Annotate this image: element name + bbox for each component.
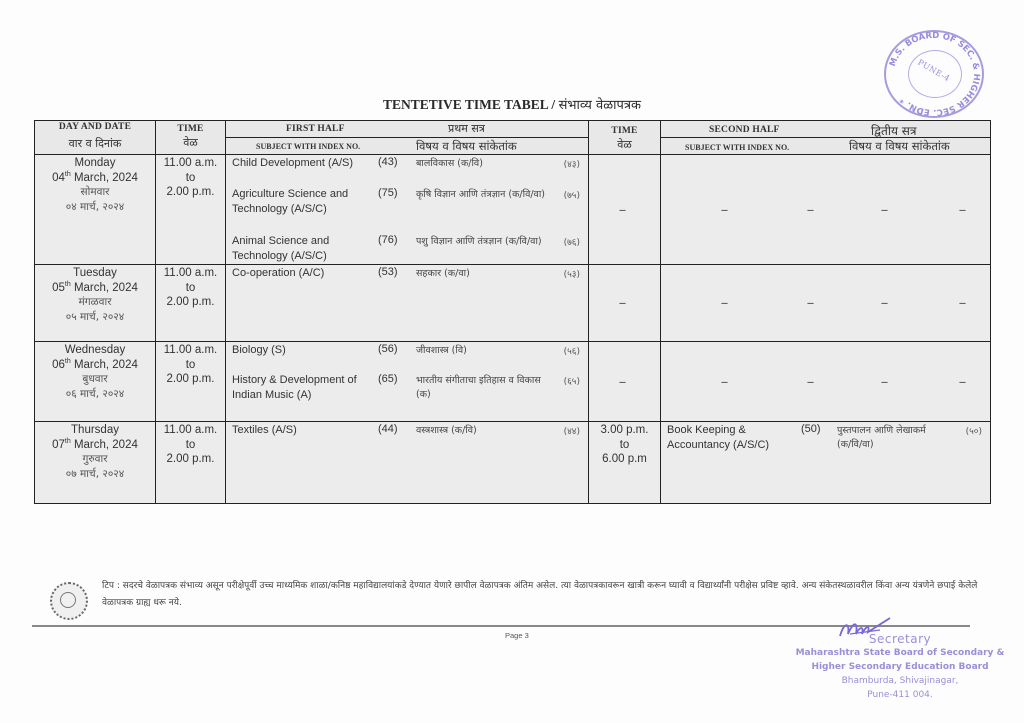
- header-first-half: FIRST HALF प्रथम सत्र: [226, 121, 589, 138]
- time-line: 11.00 a.m.: [156, 156, 225, 171]
- subject-index-en: (75): [378, 187, 398, 199]
- empty-dash: ---: [807, 205, 813, 215]
- date-mr: ०७ मार्च, २०२४: [35, 467, 155, 482]
- signatory-address-line-1: Bhamburda, Shivajinagar,: [790, 674, 1010, 688]
- second-half-time-cell: ---: [589, 265, 661, 342]
- subject-index-en: (65): [378, 373, 398, 385]
- signatory-title: Secretary: [790, 632, 1010, 646]
- subject-name-en: Child Development (A/S): [232, 156, 372, 171]
- subject-index-mr: (४४): [564, 424, 580, 437]
- time-line: 11.00 a.m.: [156, 266, 225, 281]
- subject-name-en: Animal Science and Technology (A/S/C): [232, 234, 372, 263]
- subject-index-mr: (४३): [564, 157, 580, 170]
- header-time-2: TIME वेळ: [589, 121, 661, 155]
- date-mr: ०६ मार्च, २०२४: [35, 387, 155, 402]
- subject-index-en: SUBJECT WITH INDEX NO.: [256, 142, 360, 151]
- date-mr: ०५ मार्च, २०२४: [35, 310, 155, 325]
- empty-dash: ---: [959, 205, 965, 215]
- subject-name-mr: पुस्तपालन आणि लेखाकर्म (क/वि/वा): [837, 424, 927, 452]
- subject-entry: Biology (S)(56)जीवशास्त्र (वि)(५६): [226, 342, 588, 372]
- first-half-subjects-cell: Child Development (A/S)(43)बालविकास (क/व…: [226, 155, 589, 265]
- second-half-time-cell: ---: [589, 155, 661, 265]
- time-line: 6.00 p.m: [589, 452, 660, 467]
- date-en: 07th March, 2024: [35, 438, 155, 453]
- board-emblem-icon: [50, 582, 88, 620]
- signatory-org-line-2: Higher Secondary Education Board: [790, 660, 1010, 674]
- day-name-mr: सोमवार: [35, 185, 155, 200]
- day-name: Monday: [35, 156, 155, 171]
- time-line: 11.00 a.m.: [156, 423, 225, 438]
- day-date-cell: Monday04th March, 2024सोमवार०४ मार्च, २०…: [35, 155, 156, 265]
- time-line: to: [156, 438, 225, 453]
- title-english: TENTETIVE TIME TABEL /: [383, 97, 555, 112]
- header-subject-index-1: SUBJECT WITH INDEX NO. विषय व विषय सांके…: [226, 138, 589, 155]
- subject-entry: Child Development (A/S)(43)बालविकास (क/व…: [226, 155, 588, 186]
- subject-index-en: (50): [801, 423, 821, 435]
- header-time-mr: वेळ: [589, 137, 660, 152]
- empty-dash: ---: [881, 205, 887, 215]
- first-half-time-cell: 11.00 a.m.to2.00 p.m.: [156, 422, 226, 504]
- header-day-date-mr: वार व दिनांक: [35, 136, 155, 151]
- empty-dash: ---: [959, 377, 965, 387]
- time-line: to: [156, 281, 225, 296]
- second-half-time-cell: ---: [589, 342, 661, 422]
- first-half-time-cell: 11.00 a.m.to2.00 p.m.: [156, 342, 226, 422]
- day-name-mr: गुरुवार: [35, 452, 155, 467]
- subject-index-mr: (५०): [966, 424, 982, 437]
- subject-entry: Co-operation (A/C)(53)सहकार (क/वा)(५३): [226, 265, 588, 295]
- subject-name-en: Co-operation (A/C): [232, 266, 372, 281]
- time-line: 2.00 p.m.: [156, 295, 225, 310]
- time-line: 2.00 p.m.: [156, 452, 225, 467]
- subject-name-mr: भारतीय संगीताचा इतिहास व विकास (क): [416, 374, 556, 402]
- subject-index-mr: (६५): [564, 374, 580, 387]
- time-line: to: [156, 358, 225, 373]
- first-half-time-cell: 11.00 a.m.to2.00 p.m.: [156, 155, 226, 265]
- day-name: Wednesday: [35, 343, 155, 358]
- empty-dash: ---: [807, 298, 813, 308]
- empty-dash: ---: [619, 205, 625, 215]
- second-half-subjects-cell: ------------: [661, 342, 991, 422]
- day-name: Thursday: [35, 423, 155, 438]
- timetable-body: Monday04th March, 2024सोमवार०४ मार्च, २०…: [35, 155, 991, 504]
- time-line: 2.00 p.m.: [156, 372, 225, 387]
- subject-name-en: Book Keeping & Accountancy (A/S/C): [667, 423, 797, 452]
- first-half-subjects-cell: Textiles (A/S)(44)वस्त्रशास्त्र (क/वि)(४…: [226, 422, 589, 504]
- header-second-half-en: SECOND HALF: [709, 125, 780, 135]
- second-half-time-cell: 3.00 p.m.to6.00 p.m: [589, 422, 661, 504]
- time-line: to: [589, 438, 660, 453]
- header-time-en: TIME: [589, 126, 660, 136]
- time-line: 11.00 a.m.: [156, 343, 225, 358]
- signatory-address-line-2: Pune-411 004.: [790, 688, 1010, 702]
- subject-entry: Textiles (A/S)(44)वस्त्रशास्त्र (क/वि)(४…: [226, 422, 588, 452]
- date-mr: ०४ मार्च, २०२४: [35, 200, 155, 215]
- subject-index-mr: (५३): [564, 267, 580, 280]
- empty-dash: ---: [881, 298, 887, 308]
- title-marathi: संभाव्य वेळापत्रक: [559, 98, 641, 113]
- header-time-en: TIME: [156, 124, 225, 134]
- subject-name-mr: बालविकास (क/वि): [416, 157, 556, 171]
- subject-index-en: (56): [378, 343, 398, 355]
- header-second-half: SECOND HALF द्वितीय सत्र: [661, 121, 991, 138]
- empty-dash: ---: [807, 377, 813, 387]
- header-first-half-mr: प्रथम सत्र: [448, 121, 485, 136]
- header-second-half-mr: द्वितीय सत्र: [871, 122, 916, 139]
- subject-name-mr: जीवशास्त्र (वि): [416, 344, 556, 358]
- date-en: 04th March, 2024: [35, 171, 155, 186]
- date-en: 06th March, 2024: [35, 358, 155, 373]
- timetable-row: Monday04th March, 2024सोमवार०४ मार्च, २०…: [35, 155, 991, 265]
- header-time-1: TIME वेळ: [156, 121, 226, 155]
- subject-index-mr: विषय व विषय सांकेतांक: [849, 139, 950, 154]
- timetable: DAY AND DATE वार व दिनांक TIME वेळ FIRST…: [34, 120, 991, 504]
- time-line: 3.00 p.m.: [589, 423, 660, 438]
- empty-dash: ---: [721, 377, 727, 387]
- timetable-row: Wednesday06th March, 2024बुधवार०६ मार्च,…: [35, 342, 991, 422]
- second-half-subjects-cell: ------------: [661, 265, 991, 342]
- footer-note: टिप : सदरचे वेळापत्रक संभाव्य असून परीक्…: [102, 578, 1002, 612]
- subject-index-en: (44): [378, 423, 398, 435]
- day-name: Tuesday: [35, 266, 155, 281]
- subject-name-en: Textiles (A/S): [232, 423, 372, 438]
- day-date-cell: Thursday07th March, 2024गुरुवार०७ मार्च,…: [35, 422, 156, 504]
- header-day-date: DAY AND DATE वार व दिनांक: [35, 121, 156, 155]
- subject-index-en: (53): [378, 266, 398, 278]
- day-name-mr: मंगळवार: [35, 295, 155, 310]
- subject-name-mr: वस्त्रशास्त्र (क/वि): [416, 424, 556, 438]
- first-half-subjects-cell: Co-operation (A/C)(53)सहकार (क/वा)(५३): [226, 265, 589, 342]
- subject-entry: History & Development of Indian Music (A…: [226, 372, 588, 402]
- subject-entry: Book Keeping & Accountancy (A/S/C)(50)पु…: [661, 422, 990, 462]
- day-name-mr: बुधवार: [35, 372, 155, 387]
- header-time-mr: वेळ: [156, 135, 225, 150]
- subject-index-en: (76): [378, 234, 398, 246]
- empty-dash: ---: [959, 298, 965, 308]
- signatory-org-line-1: Maharashtra State Board of Secondary &: [790, 646, 1010, 660]
- day-date-cell: Tuesday05th March, 2024मंगळवार०५ मार्च, …: [35, 265, 156, 342]
- header-day-date-en: DAY AND DATE: [35, 122, 155, 132]
- subject-name-en: Agriculture Science and Technology (A/S/…: [232, 187, 372, 216]
- empty-dash: ---: [721, 205, 727, 215]
- empty-dash: ---: [619, 298, 625, 308]
- subject-index-mr: (७६): [564, 235, 580, 248]
- timetable-page: M.S. BOARD OF SEC. & HIGHER SEC. EDN. * …: [0, 0, 1024, 723]
- timetable-row: Tuesday05th March, 2024मंगळवार०५ मार्च, …: [35, 265, 991, 342]
- second-half-subjects-cell: Book Keeping & Accountancy (A/S/C)(50)पु…: [661, 422, 991, 504]
- subject-name-mr: पशु विज्ञान आणि तंत्रज्ञान (क/वि/वा): [416, 235, 556, 249]
- empty-dash: ---: [619, 377, 625, 387]
- subject-entry: Agriculture Science and Technology (A/S/…: [226, 186, 588, 233]
- header-subject-index-2: SUBJECT WITH INDEX NO. विषय व विषय सांके…: [661, 138, 991, 155]
- subject-name-mr: सहकार (क/वा): [416, 267, 556, 281]
- subject-name-en: Biology (S): [232, 343, 372, 358]
- empty-dash: ---: [721, 298, 727, 308]
- empty-dash: ---: [881, 377, 887, 387]
- first-half-subjects-cell: Biology (S)(56)जीवशास्त्र (वि)(५६)Histor…: [226, 342, 589, 422]
- page-number: Page 3: [505, 631, 529, 640]
- subject-name-en: History & Development of Indian Music (A…: [232, 373, 372, 402]
- subject-index-en: (43): [378, 156, 398, 168]
- subject-index-en: SUBJECT WITH INDEX NO.: [685, 143, 789, 152]
- timetable-row: Thursday07th March, 2024गुरुवार०७ मार्च,…: [35, 422, 991, 504]
- page-title: TENTETIVE TIME TABEL / संभाव्य वेळापत्रक: [0, 95, 1024, 113]
- subject-name-mr: कृषि विज्ञान आणि तंत्रज्ञान (क/वि/वा): [416, 188, 556, 202]
- header-first-half-en: FIRST HALF: [286, 124, 345, 134]
- subject-index-mr: (५६): [564, 344, 580, 357]
- second-half-subjects-cell: ------------: [661, 155, 991, 265]
- day-date-cell: Wednesday06th March, 2024बुधवार०६ मार्च,…: [35, 342, 156, 422]
- subject-index-mr: (७५): [564, 188, 580, 201]
- subject-index-mr: विषय व विषय सांकेतांक: [416, 139, 517, 154]
- first-half-time-cell: 11.00 a.m.to2.00 p.m.: [156, 265, 226, 342]
- date-en: 05th March, 2024: [35, 281, 155, 296]
- time-line: 2.00 p.m.: [156, 185, 225, 200]
- signature-block: Secretary Maharashtra State Board of Sec…: [790, 632, 1010, 702]
- time-line: to: [156, 171, 225, 186]
- subject-entry: Animal Science and Technology (A/S/C)(76…: [226, 233, 588, 263]
